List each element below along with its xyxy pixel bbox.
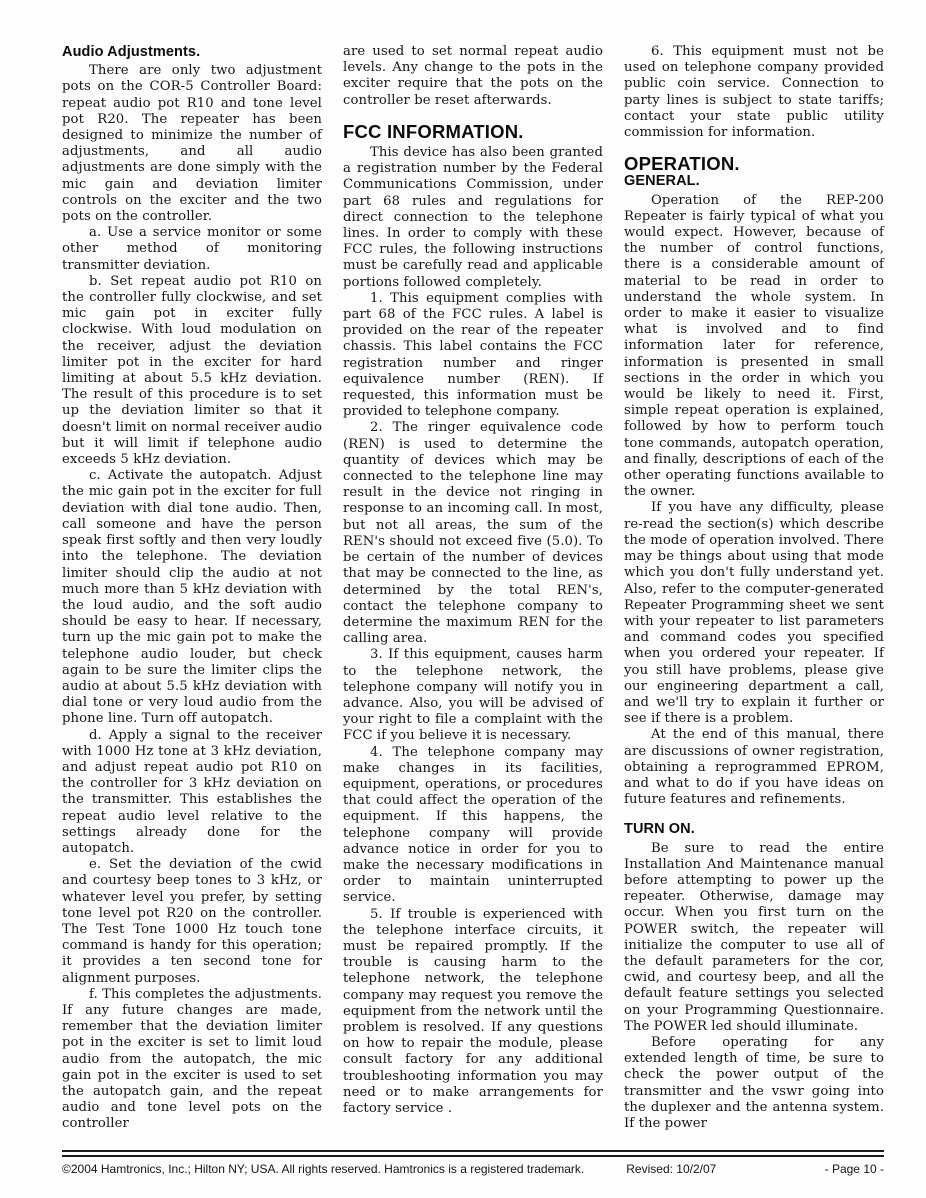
footer-revised-date: Revised: 10/2/07: [626, 1162, 716, 1176]
paragraph-general-2: If you have any difficulty, please re-re…: [624, 500, 884, 727]
paragraph-step-f-continuation: are used to set normal repeat audio leve…: [343, 44, 603, 109]
paragraph-step-a: a. Use a service monitor or some other m…: [62, 225, 322, 274]
column-right: 6. This equipment must not be used on te…: [624, 44, 884, 1133]
paragraph-fcc-intro: This device has also been granted a regi…: [343, 145, 603, 291]
paragraph-general-1: Operation of the REP-200 Repeater is fai…: [624, 193, 884, 501]
paragraph-audio-intro: There are only two adjustment pots on th…: [62, 63, 322, 225]
paragraph-general-3: At the end of this manual, there are dis…: [624, 727, 884, 808]
paragraph-fcc-item-5: 5. If trouble is experienced with the te…: [343, 907, 603, 1118]
paragraph-step-e: e. Set the deviation of the cwid and cou…: [62, 857, 322, 987]
footer-page-number: - Page 10 -: [825, 1162, 884, 1176]
paragraph-fcc-item-3: 3. If this equipment, causes harm to the…: [343, 647, 603, 744]
heading-turn-on: TURN ON.: [624, 821, 884, 837]
paragraph-turn-on-1: Be sure to read the entire Installation …: [624, 841, 884, 1035]
column-middle: are used to set normal repeat audio leve…: [343, 44, 603, 1133]
paragraph-step-b: b. Set repeat audio pot R10 on the contr…: [62, 274, 322, 468]
paragraph-step-f: f. This completes the adjustments. If an…: [62, 987, 322, 1133]
manual-page: Audio Adjustments. There are only two ad…: [0, 0, 926, 1198]
heading-audio-adjustments: Audio Adjustments.: [62, 44, 322, 60]
three-column-layout: Audio Adjustments. There are only two ad…: [62, 44, 884, 1133]
column-left: Audio Adjustments. There are only two ad…: [62, 44, 322, 1133]
paragraph-step-d: d. Apply a signal to the receiver with 1…: [62, 728, 322, 858]
heading-operation: OPERATION.: [624, 156, 884, 172]
paragraph-fcc-item-2: 2. The ringer equivalence code (REN) is …: [343, 420, 603, 647]
heading-general: GENERAL.: [624, 173, 884, 189]
paragraph-fcc-item-6: 6. This equipment must not be used on te…: [624, 44, 884, 141]
paragraph-fcc-item-4: 4. The telephone company may make change…: [343, 745, 603, 907]
page-footer: ©2004 Hamtronics, Inc.; Hilton NY; USA. …: [62, 1150, 884, 1176]
heading-fcc-information: FCC INFORMATION.: [343, 124, 603, 140]
footer-divider: [62, 1150, 884, 1157]
footer-text-row: ©2004 Hamtronics, Inc.; Hilton NY; USA. …: [62, 1162, 884, 1176]
paragraph-turn-on-2: Before operating for any extended length…: [624, 1035, 884, 1132]
paragraph-step-c: c. Activate the autopatch. Adjust the mi…: [62, 468, 322, 727]
footer-copyright: ©2004 Hamtronics, Inc.; Hilton NY; USA. …: [62, 1162, 584, 1176]
paragraph-fcc-item-1: 1. This equipment complies with part 68 …: [343, 291, 603, 421]
